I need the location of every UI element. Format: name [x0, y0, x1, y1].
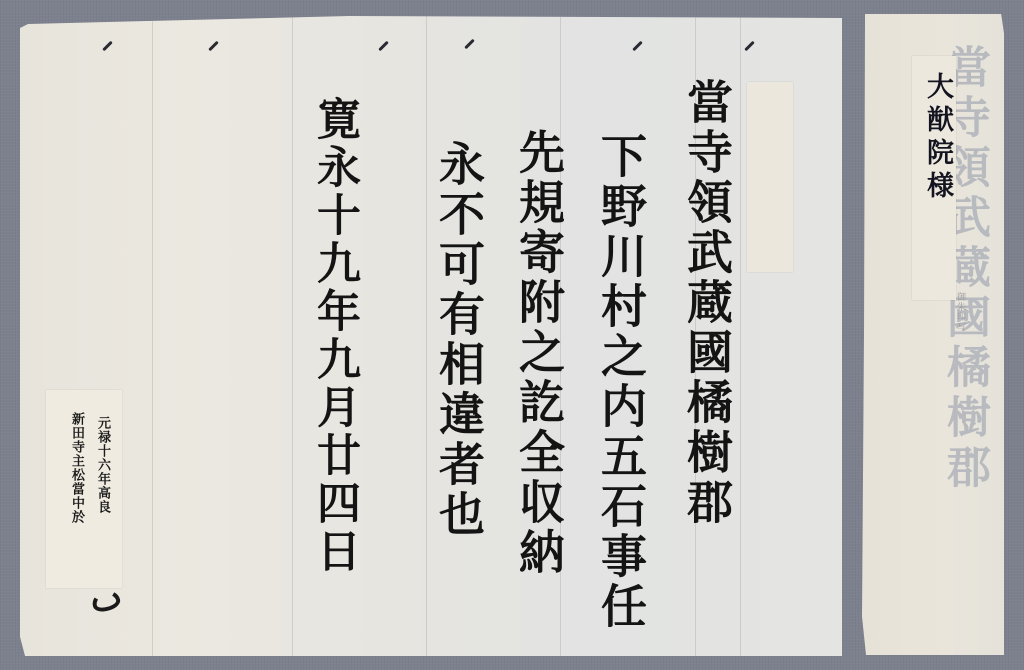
wrapper-small-note: 御朱印写 — [954, 292, 967, 332]
ink-loop-mark — [90, 588, 122, 615]
wrapper-sheet: 當寺領武蔵國橘樹郡 大猷院様 御朱印写 — [862, 14, 1004, 655]
date-column: 寛永十九年九月廿四日 — [312, 96, 356, 576]
blank-label-slip — [747, 82, 793, 272]
fold-line — [292, 16, 293, 656]
text-column-3: 先規寄附之訖全収納 — [516, 128, 562, 578]
fold-line — [740, 16, 741, 656]
text-column-4: 永不可有相違者也 — [436, 140, 482, 540]
note-line-1: 元禄十六年高良 — [93, 416, 112, 514]
attached-note-slip: 元禄十六年高良 新田寺主松當中於 — [46, 390, 122, 588]
fold-line — [152, 16, 153, 656]
note-line-2: 新田寺主松當中於 — [67, 412, 86, 524]
text-column-2: 下野川村之内五石事任 — [598, 132, 644, 632]
fold-line — [426, 16, 427, 656]
text-column-1: 當寺領武蔵國橘樹郡 — [684, 78, 730, 528]
wrapper-title: 大猷院様 — [918, 72, 957, 204]
